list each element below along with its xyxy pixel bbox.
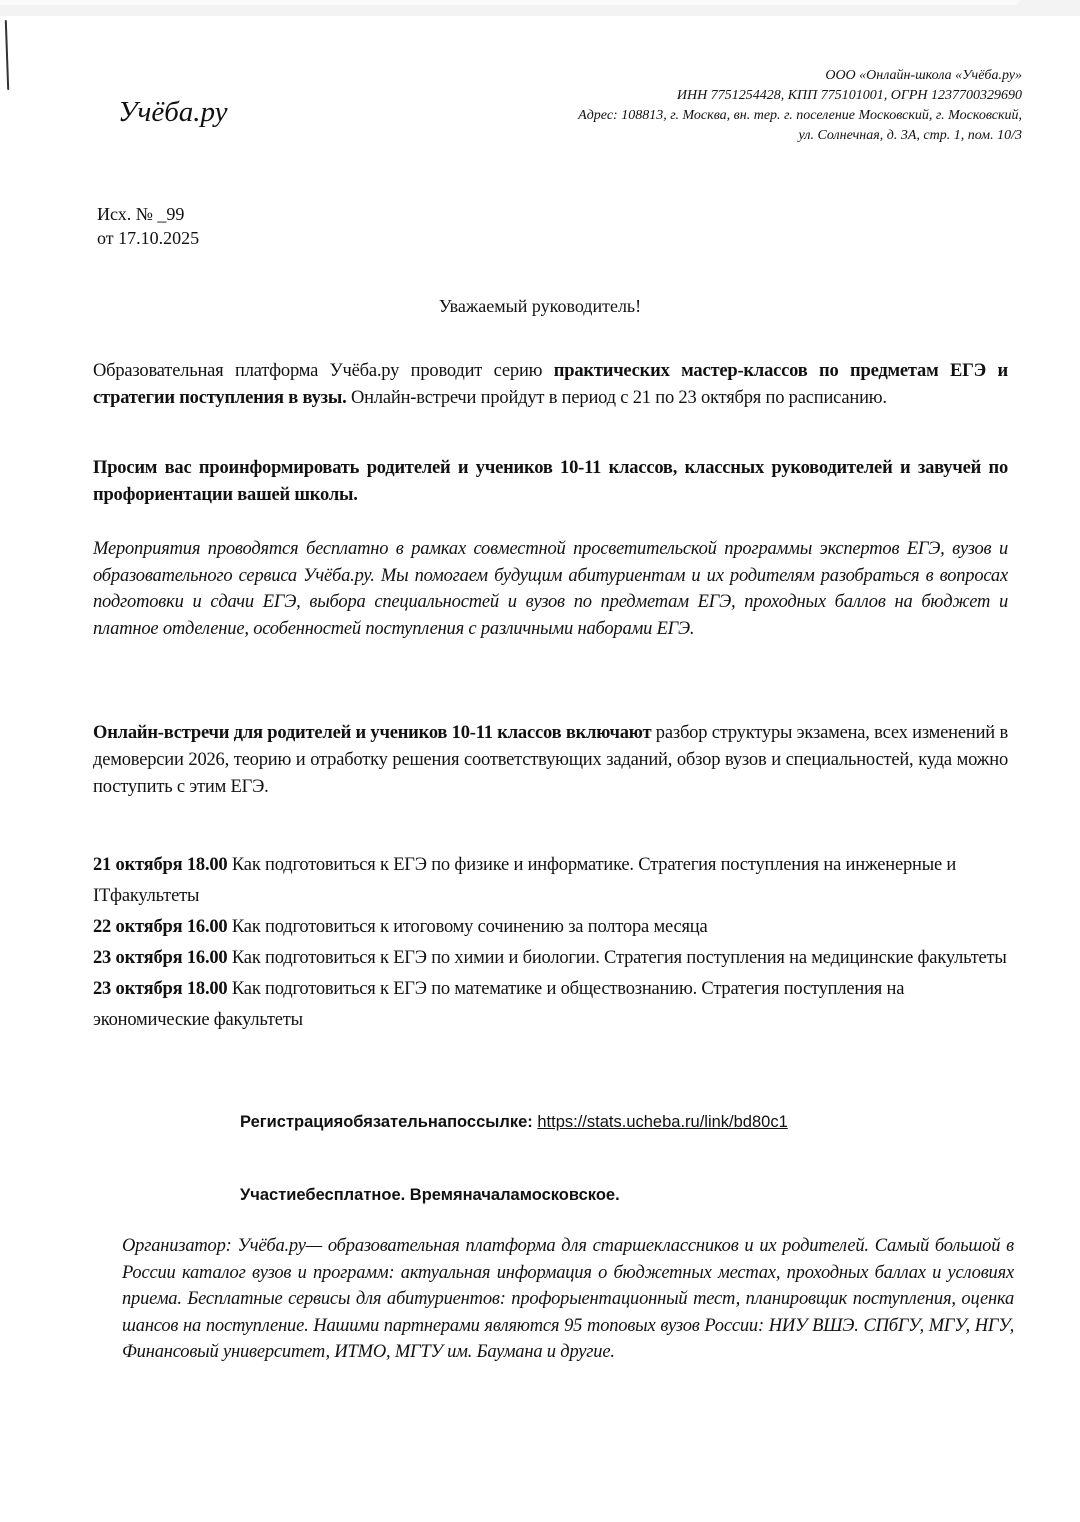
schedule-datetime: 22 октября 16.00 (93, 917, 227, 937)
company-logo: Учёба.ру (118, 96, 228, 129)
intro-text-end: Онлайн-встречи пройдут в период с 21 по … (347, 388, 887, 408)
organizer-paragraph: Организатор: Учёба.ру— образовательная п… (122, 1233, 1014, 1366)
org-name: ООО «Онлайн-школа «Учёба.ру» (402, 66, 1022, 86)
letterhead-org-details: ООО «Онлайн-школа «Учёба.ру» ИНН 7751254… (402, 66, 1022, 146)
outgoing-date: от 17.10.2025 (97, 226, 199, 250)
schedule-list: 21 октября 18.00 Как подготовиться к ЕГЭ… (93, 850, 1018, 1036)
viewer-top-bar-inner (0, 0, 1020, 5)
org-address-line-1: Адрес: 108813, г. Москва, вн. тер. г. по… (402, 106, 1022, 126)
schedule-topic: Как подготовиться к ЕГЭ по химии и биоло… (227, 948, 1006, 968)
registration-label: Регистрацияобязательнапоссылке: (240, 1113, 537, 1131)
program-description-paragraph: Мероприятия проводятся бесплатно в рамка… (93, 536, 1008, 642)
schedule-item: 23 октября 16.00 Как подготовиться к ЕГЭ… (93, 943, 1018, 974)
registration-link[interactable]: https://stats.ucheba.ru/link/bd80c1 (537, 1113, 795, 1131)
outgoing-number-block: Исх. № _99 от 17.10.2025 (97, 202, 199, 250)
intro-paragraph: Образовательная платформа Учёба.ру прово… (93, 358, 1008, 412)
schedule-topic: Как подготовиться к итоговому сочинению … (227, 917, 707, 937)
registration-line: Регистрацияобязательнапоссылке: https://… (240, 1113, 796, 1132)
meetings-content-bold: Онлайн-встречи для родителей и учеников … (93, 723, 651, 743)
schedule-datetime: 23 октября 16.00 (93, 948, 227, 968)
schedule-datetime: 23 октября 18.00 (93, 979, 227, 999)
participation-note: Участиебесплатное. Времяначаламосковское… (240, 1186, 620, 1205)
schedule-item: 21 октября 18.00 Как подготовиться к ЕГЭ… (93, 850, 1018, 912)
intro-text-start: Образовательная платформа Учёба.ру прово… (93, 361, 554, 381)
outgoing-number: Исх. № _99 (97, 202, 199, 226)
meetings-content-paragraph: Онлайн-встречи для родителей и учеников … (93, 720, 1008, 801)
schedule-item: 22 октября 16.00 Как подготовиться к ито… (93, 912, 1018, 943)
scan-margin-mark (5, 20, 9, 90)
org-registration-ids: ИНН 7751254428, КПП 775101001, ОГРН 1237… (402, 86, 1022, 106)
org-address-line-2: ул. Солнечная, д. 3А, стр. 1, пом. 10/3 (402, 126, 1022, 146)
schedule-datetime: 21 октября 18.00 (93, 855, 227, 875)
greeting: Уважаемый руководитель! (0, 296, 1080, 317)
schedule-item: 23 октября 18.00 Как подготовиться к ЕГЭ… (93, 974, 1018, 1036)
request-paragraph: Просим вас проинформировать родителей и … (93, 455, 1008, 509)
viewer-top-bar (0, 0, 1080, 16)
